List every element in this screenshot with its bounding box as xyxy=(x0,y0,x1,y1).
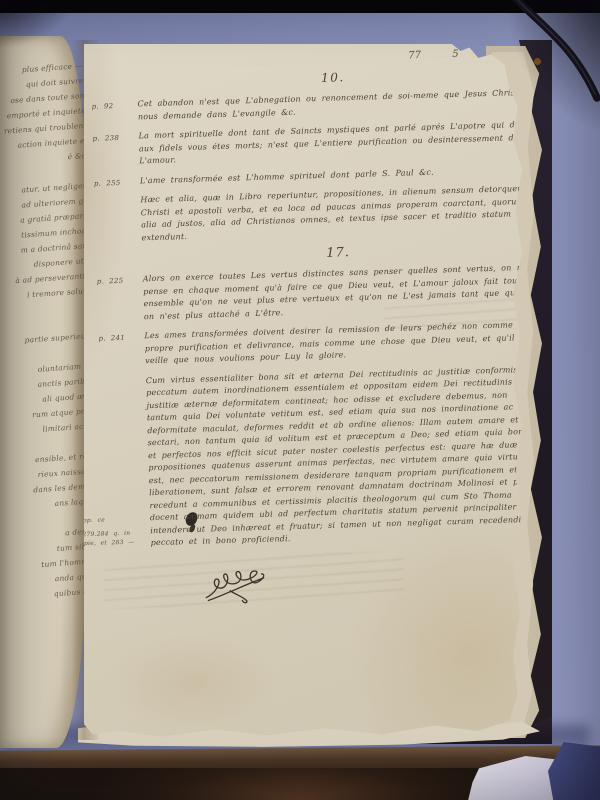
margin-side-note xyxy=(75,493,147,495)
section-heading-number: 17. xyxy=(142,240,534,267)
top-right-dark-corner xyxy=(500,0,600,140)
manuscript-entry: p. 225 Alors on exerce toutes Les vertus… xyxy=(143,262,536,324)
page-heading-number: 10. xyxy=(137,65,529,91)
entry-text: Cet abandon n'est que L'abnegation ou re… xyxy=(137,88,518,121)
top-left-dark-corner xyxy=(0,0,80,50)
manuscript-entry: prop. ce p.279.284 q. in copie, et 283 —… xyxy=(146,363,543,550)
margin-page-reference xyxy=(94,195,136,196)
entry-text: Les ames transformées doivent desirer la… xyxy=(144,320,535,366)
entry-text: L'ame transformée est L'homme spirituel … xyxy=(140,167,434,185)
signature-flourish xyxy=(201,565,272,607)
margin-page-reference: p. 225 xyxy=(97,274,139,288)
section-2-entries: p. 225 Alors on exerce toutes Les vertus… xyxy=(97,262,523,551)
manuscript-entry: p. 241 Les ames transformées doivent des… xyxy=(144,319,537,368)
entry-text: La mort spirituelle dont tant de Saincts… xyxy=(138,120,521,165)
margin-page-reference: p. 238 xyxy=(92,131,134,145)
section-1-entries: p. 92 Cet abandon n'est que L'abnegation… xyxy=(91,87,513,245)
margin-page-reference: p. 255 xyxy=(94,176,136,190)
margin-page-reference: p. 241 xyxy=(98,331,140,345)
manuscript-entry: p. 238 La mort spirituelle dont tant de … xyxy=(138,119,531,168)
margin-side-note: p.279.284 q. in xyxy=(76,529,148,539)
main-page: 77 5 10. p. 92 Cet abandon n'est que L'a… xyxy=(84,44,522,738)
entry-text: Hæc et alia, quæ in Libro reperiuntur, p… xyxy=(140,184,526,242)
manuscript-entry: p. 92 Cet abandon n'est que L'abnegation… xyxy=(137,87,530,124)
margin-side-note xyxy=(75,484,147,486)
manuscript-entry: Hæc et alia, quæ in Libro reperiuntur, p… xyxy=(140,183,533,245)
margin-side-note: copie, et 283 — xyxy=(77,538,149,548)
margin-side-note xyxy=(73,436,145,438)
margin-side-note xyxy=(73,427,145,429)
margin-page-reference xyxy=(100,376,142,377)
page-content: 77 5 10. p. 92 Cet abandon n'est que L'a… xyxy=(90,39,525,614)
margin-side-note: prop. ce xyxy=(76,515,148,525)
entry-text: Alors on exerce toutes Les vertus distin… xyxy=(143,263,531,321)
margin-side-note xyxy=(74,470,146,472)
entry-text: Cum virtus essentialiter bona sit et æte… xyxy=(146,365,537,548)
folio-number: 5 xyxy=(452,49,459,60)
manuscript-photo: plus efficace —qui doit suivreose dans t… xyxy=(0,0,600,800)
folio-number: 77 xyxy=(408,50,421,61)
margin-page-reference: p. 92 xyxy=(91,100,133,114)
